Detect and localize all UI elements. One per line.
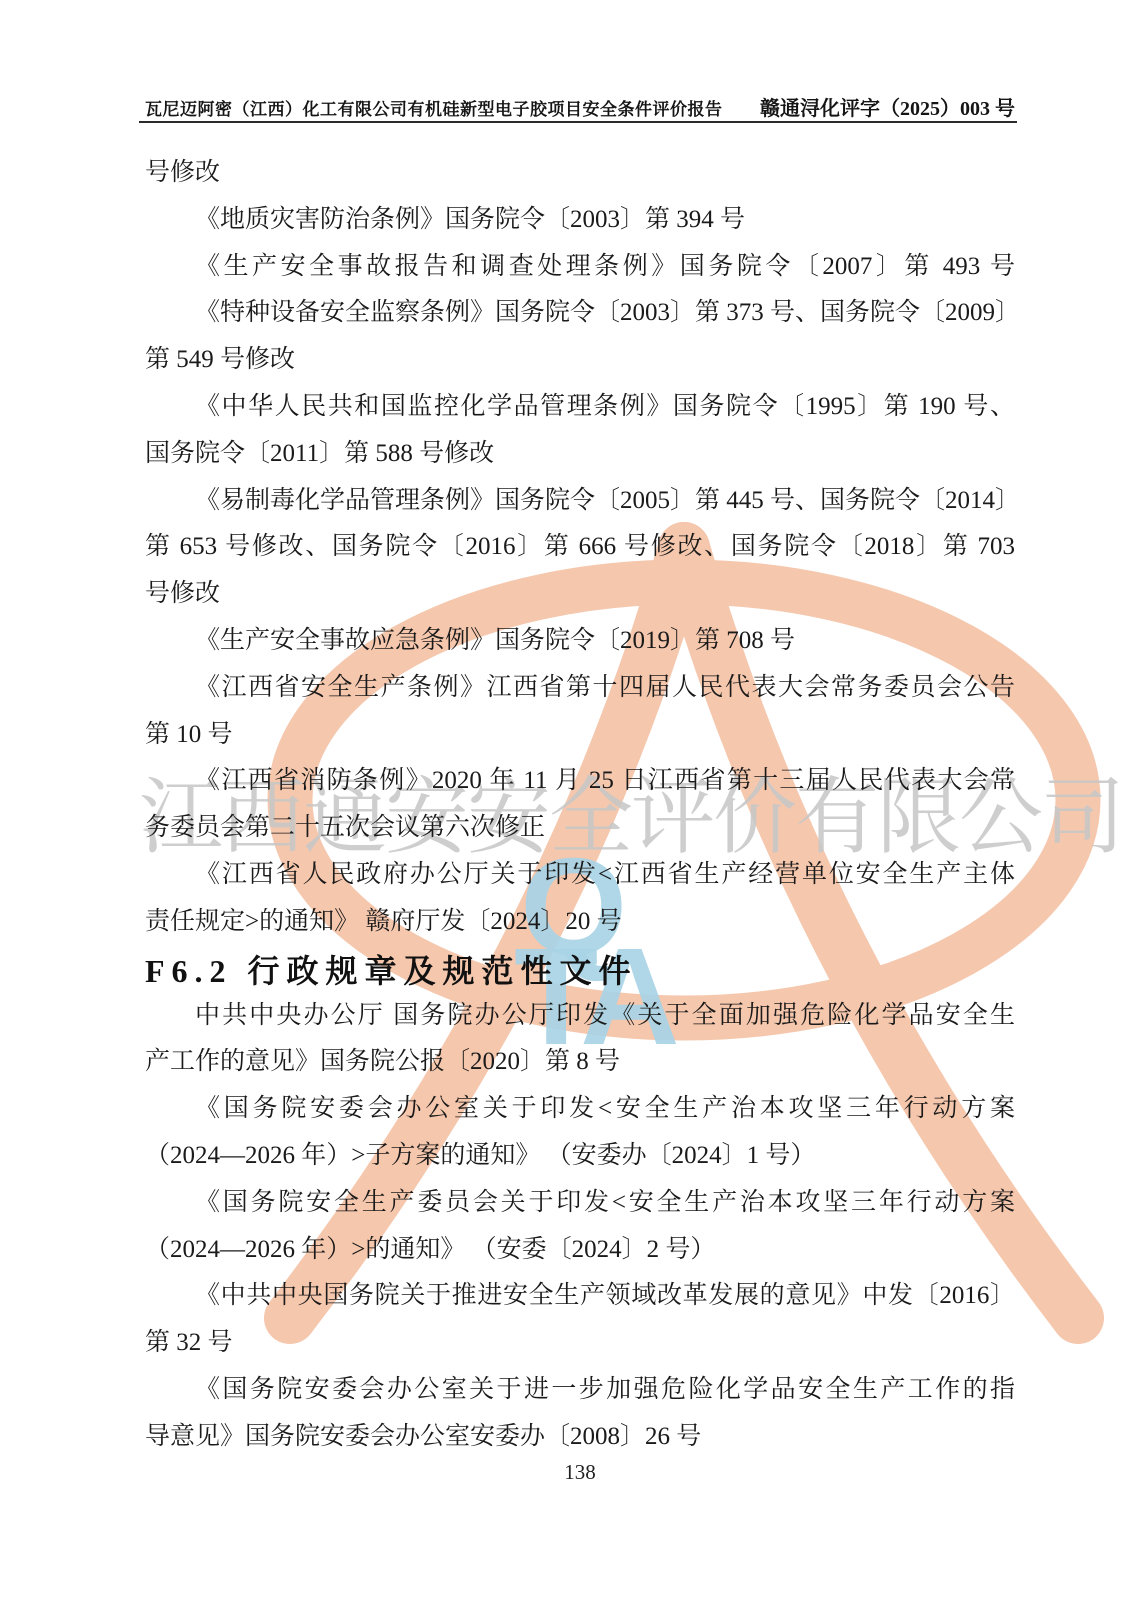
body-line: 《江西省安全生产条例》江西省第十四届人民代表大会常务委员会公告 xyxy=(145,665,1015,712)
header-document-code: 赣通浔化评字（2025）003 号 xyxy=(760,92,1015,121)
body-line: 《国务院安委会办公室关于进一步加强危险化学品安全生产工作的指 xyxy=(145,1367,1015,1414)
body-line: （2024—2026 年）>子方案的通知》 （安委办〔2024〕1 号） xyxy=(145,1133,1015,1180)
body-line: 《国务院安委会办公室关于印发<安全生产治本攻坚三年行动方案 xyxy=(145,1086,1015,1133)
body-line: 第 32 号 xyxy=(145,1320,1015,1367)
body-line: 号修改 xyxy=(145,571,1015,618)
body-line: 导意见》国务院安委会办公室安委办〔2008〕26 号 xyxy=(145,1414,1015,1461)
body-line: 号修改 xyxy=(145,150,1015,197)
header-report-title: 瓦尼迈阿密（江西）化工有限公司有机硅新型电子胶项目安全条件评价报告 xyxy=(145,95,723,120)
body-line: 《生产安全事故报告和调查处理条例》国务院令〔2007〕第 493 号 xyxy=(145,244,1015,291)
body-line: 《生产安全事故应急条例》国务院令〔2019〕第 708 号 xyxy=(145,618,1015,665)
body-line: 产工作的意见》国务院公报〔2020〕第 8 号 xyxy=(145,1039,1015,1086)
body-line: 务委员会第二十五次会议第六次修正 xyxy=(145,805,1015,852)
page-number: 138 xyxy=(145,1460,1015,1485)
header-divider xyxy=(139,121,1017,123)
body-line: 《特种设备安全监察条例》国务院令〔2003〕第 373 号、国务院令〔2009〕 xyxy=(145,290,1015,337)
body-line: 《中共中央国务院关于推进安全生产领域改革发展的意见》中发〔2016〕 xyxy=(145,1273,1015,1320)
body-line: 国务院令〔2011〕第 588 号修改 xyxy=(145,431,1015,478)
body-line: 《江西省人民政府办公厅关于印发<江西省生产经营单位安全生产主体 xyxy=(145,852,1015,899)
body-line: 《中华人民共和国监控化学品管理条例》国务院令〔1995〕第 190 号、 xyxy=(145,384,1015,431)
body-line: 第 653 号修改、国务院令〔2016〕第 666 号修改、国务院令〔2018〕… xyxy=(145,524,1015,571)
body-line: 《地质灾害防治条例》国务院令〔2003〕第 394 号 xyxy=(145,197,1015,244)
body-line: 责任规定>的通知》 赣府厅发〔2024〕20 号 xyxy=(145,899,1015,946)
body-line: （2024—2026 年）>的通知》 （安委〔2024〕2 号） xyxy=(145,1227,1015,1274)
body-line: 第 549 号修改 xyxy=(145,337,1015,384)
report-page: 江西通安安全评价有限公司 Q TA 瓦尼迈阿密（江西）化工有限公司有机硅新型电子… xyxy=(0,0,1131,1600)
body-line: 《国务院安全生产委员会关于印发<安全生产治本攻坚三年行动方案 xyxy=(145,1180,1015,1227)
document-body: 号修改《地质灾害防治条例》国务院令〔2003〕第 394 号《生产安全事故报告和… xyxy=(145,150,1015,1461)
body-line: 《江西省消防条例》2020 年 11 月 25 日江西省第十三届人民代表大会常 xyxy=(145,758,1015,805)
body-line: 第 10 号 xyxy=(145,712,1015,759)
body-line: 中共中央办公厅 国务院办公厅印发《关于全面加强危险化学品安全生 xyxy=(145,993,1015,1040)
body-line: 《易制毒化学品管理条例》国务院令〔2005〕第 445 号、国务院令〔2014〕 xyxy=(145,478,1015,525)
section-heading-f6-2: F6.2 行政规章及规范性文件 xyxy=(145,946,1015,993)
